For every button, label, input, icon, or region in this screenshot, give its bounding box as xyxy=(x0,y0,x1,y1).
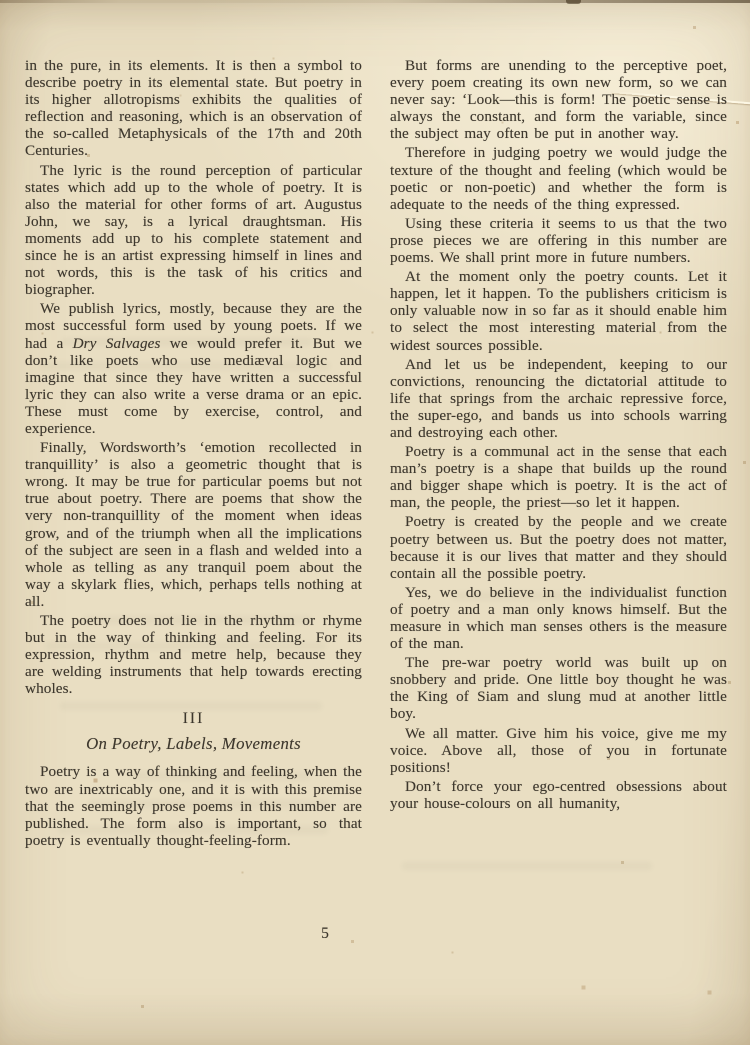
paragraph: Using these criteria it seems to us that… xyxy=(390,215,727,266)
paragraph: The pre-war poetry world was built up on… xyxy=(390,654,727,722)
paragraph: The poetry does not lie in the rhythm or… xyxy=(25,612,362,697)
page-number: 5 xyxy=(25,925,625,943)
section-title: On Poetry, Labels, Movements xyxy=(25,734,362,754)
show-through-ghost xyxy=(402,862,652,870)
paper-speckles xyxy=(0,0,1,1)
paragraph: Poetry is a way of thinking and feeling,… xyxy=(25,763,362,848)
paragraph: But forms are unending to the perceptive… xyxy=(390,57,727,142)
right-column: But forms are unending to the perceptive… xyxy=(390,57,727,851)
paragraph: We publish lyrics, mostly, because they … xyxy=(25,300,362,437)
scan-edge-notch xyxy=(566,0,581,4)
paragraph: Therefore in judging poetry we would jud… xyxy=(390,144,727,212)
left-column: in the pure, in its elements. It is then… xyxy=(25,57,362,851)
paragraph: Don’t force your ego-centred obsessions … xyxy=(390,778,727,812)
book-title-italic: Dry Salvages xyxy=(73,335,161,352)
paragraph: Poetry is created by the people and we c… xyxy=(390,513,727,581)
paragraph: And let us be independent, keeping to ou… xyxy=(390,356,727,441)
paragraph: Finally, Wordsworth’s ‘emotion recollect… xyxy=(25,439,362,610)
paragraph: The lyric is the round perception of par… xyxy=(25,162,362,299)
paragraph: in the pure, in its elements. It is then… xyxy=(25,57,362,160)
scanned-page: in the pure, in its elements. It is then… xyxy=(0,0,750,1045)
paragraph: At the moment only the poetry counts. Le… xyxy=(390,268,727,353)
section-numeral: III xyxy=(25,710,362,728)
scan-top-edge xyxy=(0,0,750,3)
text-block: in the pure, in its elements. It is then… xyxy=(25,57,727,851)
paragraph: Poetry is a communal act in the sense th… xyxy=(390,443,727,511)
paragraph: Yes, we do believe in the individualist … xyxy=(390,584,727,652)
paragraph: We all matter. Give him his voice, give … xyxy=(390,725,727,776)
